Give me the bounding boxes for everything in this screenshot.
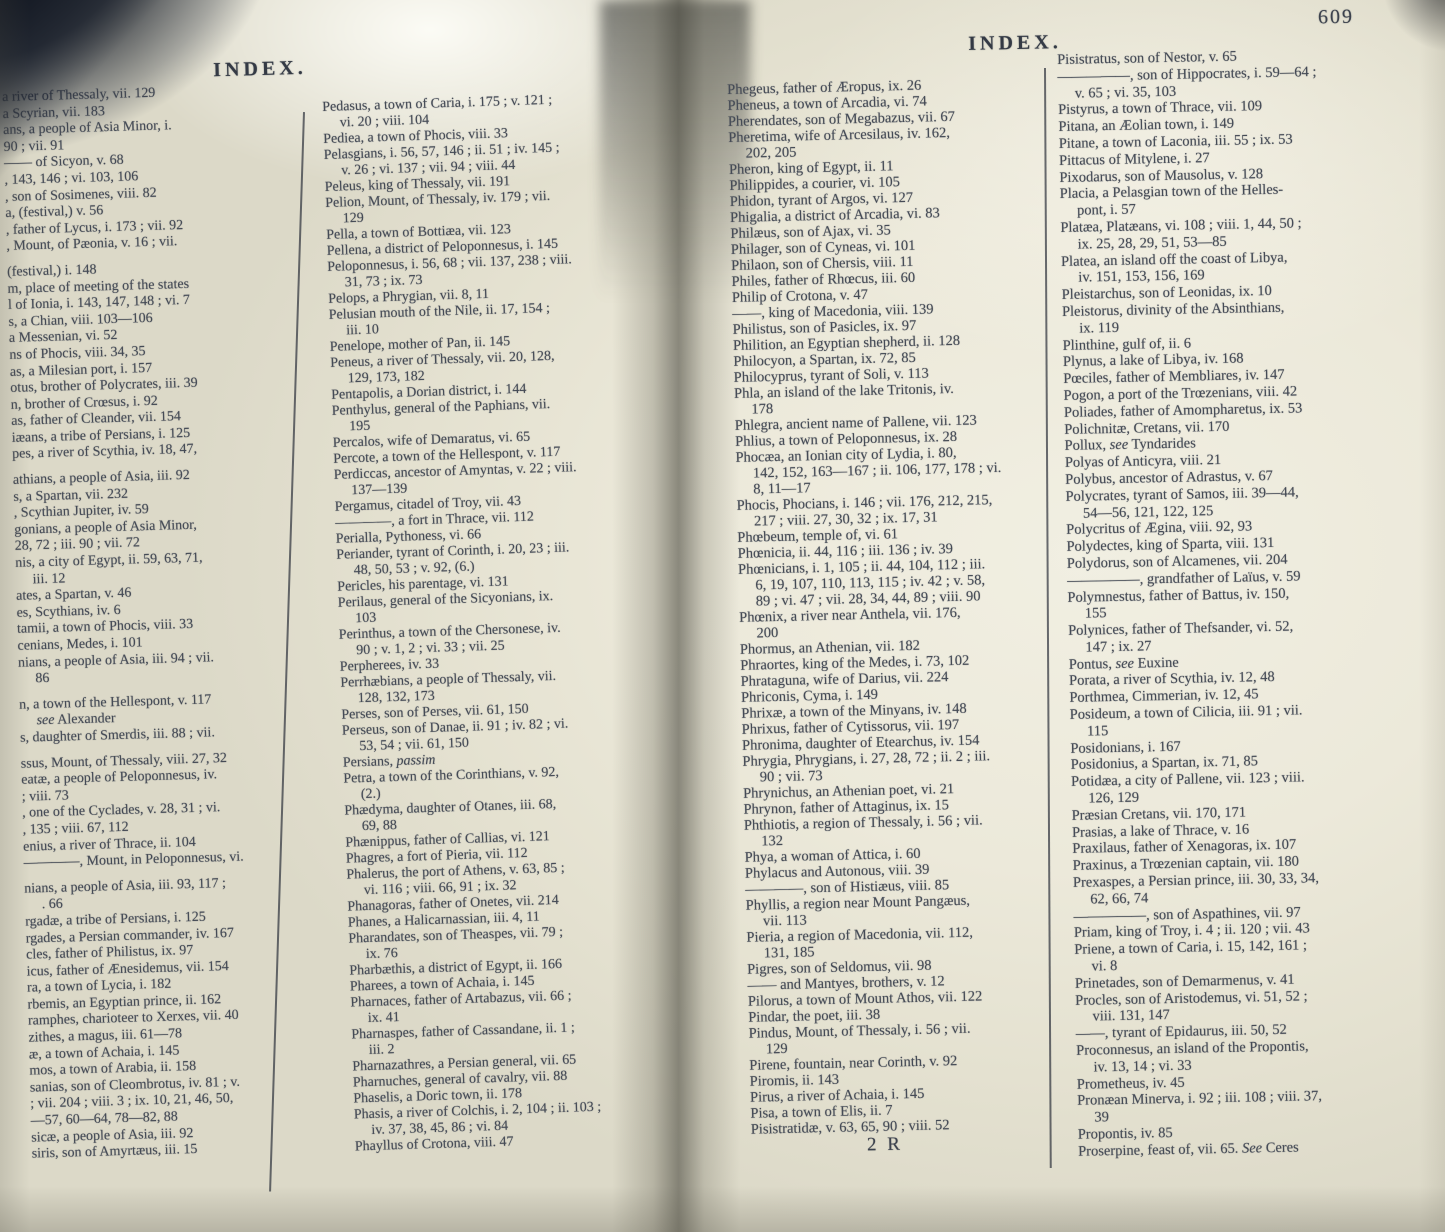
left-column-1: a river of Thessaly, vii. 129a Scyrian, … xyxy=(2,84,252,1164)
column-rule-right xyxy=(1044,68,1052,1168)
right-column-2: Pisistratus, son of Nestor, v. 65—————, … xyxy=(1057,47,1337,1160)
book-photo: INDEX. a river of Thessaly, vii. 129a Sc… xyxy=(0,0,1445,1232)
signature-mark: 2 R xyxy=(840,1133,930,1157)
right-column-1: Phegeus, father of Æropus, ix. 26Pheneus… xyxy=(727,76,1016,1138)
column-rule-left xyxy=(269,112,305,1192)
left-column-2: Pedasus, a town of Caria, i. 175 ; v. 12… xyxy=(322,92,602,1155)
left-page-header: INDEX. xyxy=(185,56,336,83)
gutter-shadow xyxy=(612,0,740,1232)
page-number: 609 xyxy=(1296,5,1376,30)
